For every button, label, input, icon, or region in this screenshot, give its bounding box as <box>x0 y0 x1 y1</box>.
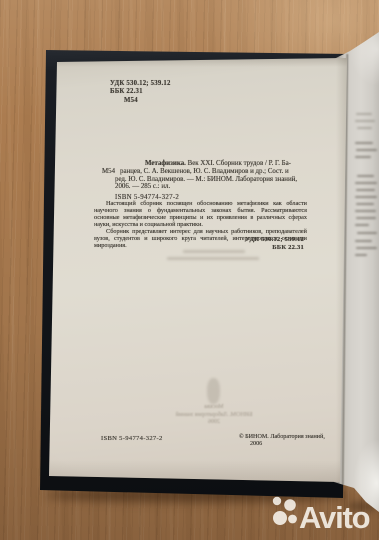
isbn-footer: ISBN 5-94774-327-2 <box>101 435 163 442</box>
copyright-notice: © БИНОМ. Лаборатория знаний, 2006 <box>239 434 325 448</box>
bleed-through-line <box>183 250 245 253</box>
blurred-text-line <box>355 240 372 242</box>
bib-line-1-rest: Век XXI. Сборник трудов / Р. Г. Ба- <box>188 160 291 167</box>
bib-line-2: М54ранцев, С. А. Векшенов, Ю. С. Владими… <box>102 168 318 176</box>
blurred-text-line <box>356 113 372 115</box>
blurred-text-line <box>355 182 377 184</box>
blurred-text-line <box>356 203 374 205</box>
blurred-text-line <box>356 149 377 151</box>
copyright-year: 2006 <box>239 441 325 448</box>
book-imprint-page: УДК 530.12; 539.12 ББК 22.31 М54 Метафиз… <box>49 54 351 486</box>
blurred-text-line <box>355 156 371 158</box>
avito-watermark: Avito <box>238 487 379 540</box>
blurred-text-line <box>357 127 372 129</box>
blurred-text-line <box>356 189 375 191</box>
blurred-text-line <box>355 210 376 212</box>
blurred-text-line <box>355 196 377 198</box>
author-mark: М54 <box>110 97 171 105</box>
blurred-text-line <box>355 142 373 144</box>
bib-line-4: 2006. — 285 с.: ил. <box>102 183 318 191</box>
bib-line-3: ред. Ю. С. Владимиров. — М.: БИНОМ. Лабо… <box>102 176 318 184</box>
avito-logo-dots-icon <box>238 487 302 540</box>
bib-line-2-text: ранцев, С. А. Векшенов, Ю. С. Владимиров… <box>120 168 289 175</box>
bleed-year: 2006 <box>144 419 284 427</box>
bbk-code: ББК 22.31 <box>110 88 171 96</box>
blurred-text-line <box>356 217 376 219</box>
annotation-paragraph-1: Настоящий сборник посвящен обоснованию м… <box>94 200 307 228</box>
bibliography-entry: Метафизика. Век XXI. Сборник трудов / Р.… <box>102 160 318 191</box>
blurred-text-line <box>357 175 374 177</box>
blurred-text-line <box>355 254 367 256</box>
blurred-text-line <box>356 247 377 249</box>
bleed-city: Москва <box>144 404 284 412</box>
udk-code-right: УДК 530.12; 539.12 <box>97 236 304 244</box>
photo-scene: УДК 530.12; 539.12 ББК 22.31 М54 Метафиз… <box>0 0 379 540</box>
blurred-text-line <box>355 120 375 122</box>
author-mark: М54 <box>102 168 115 175</box>
bib-line-1: Метафизика. Век XXI. Сборник трудов / Р.… <box>102 160 318 168</box>
bleed-through-logo-mark <box>207 378 220 404</box>
blurred-text-line <box>355 224 369 226</box>
classification-codes-right: УДК 530.12; 539.12 ББК 22.31 <box>97 236 304 251</box>
classification-codes: УДК 530.12; 539.12 ББК 22.31 М54 <box>110 80 171 105</box>
avito-wordmark: Avito <box>299 502 369 533</box>
udk-code: УДК 530.12; 539.12 <box>110 80 171 88</box>
bib-title: Метафизика. <box>145 160 186 167</box>
bleed-through-line <box>167 257 259 260</box>
copyright-publisher: © БИНОМ. Лаборатория знаний, <box>239 434 325 441</box>
bleed-through-imprint: Москва БИНОМ. Лаборатория знаний 2006 <box>144 404 284 427</box>
blurred-text-line <box>357 232 377 234</box>
